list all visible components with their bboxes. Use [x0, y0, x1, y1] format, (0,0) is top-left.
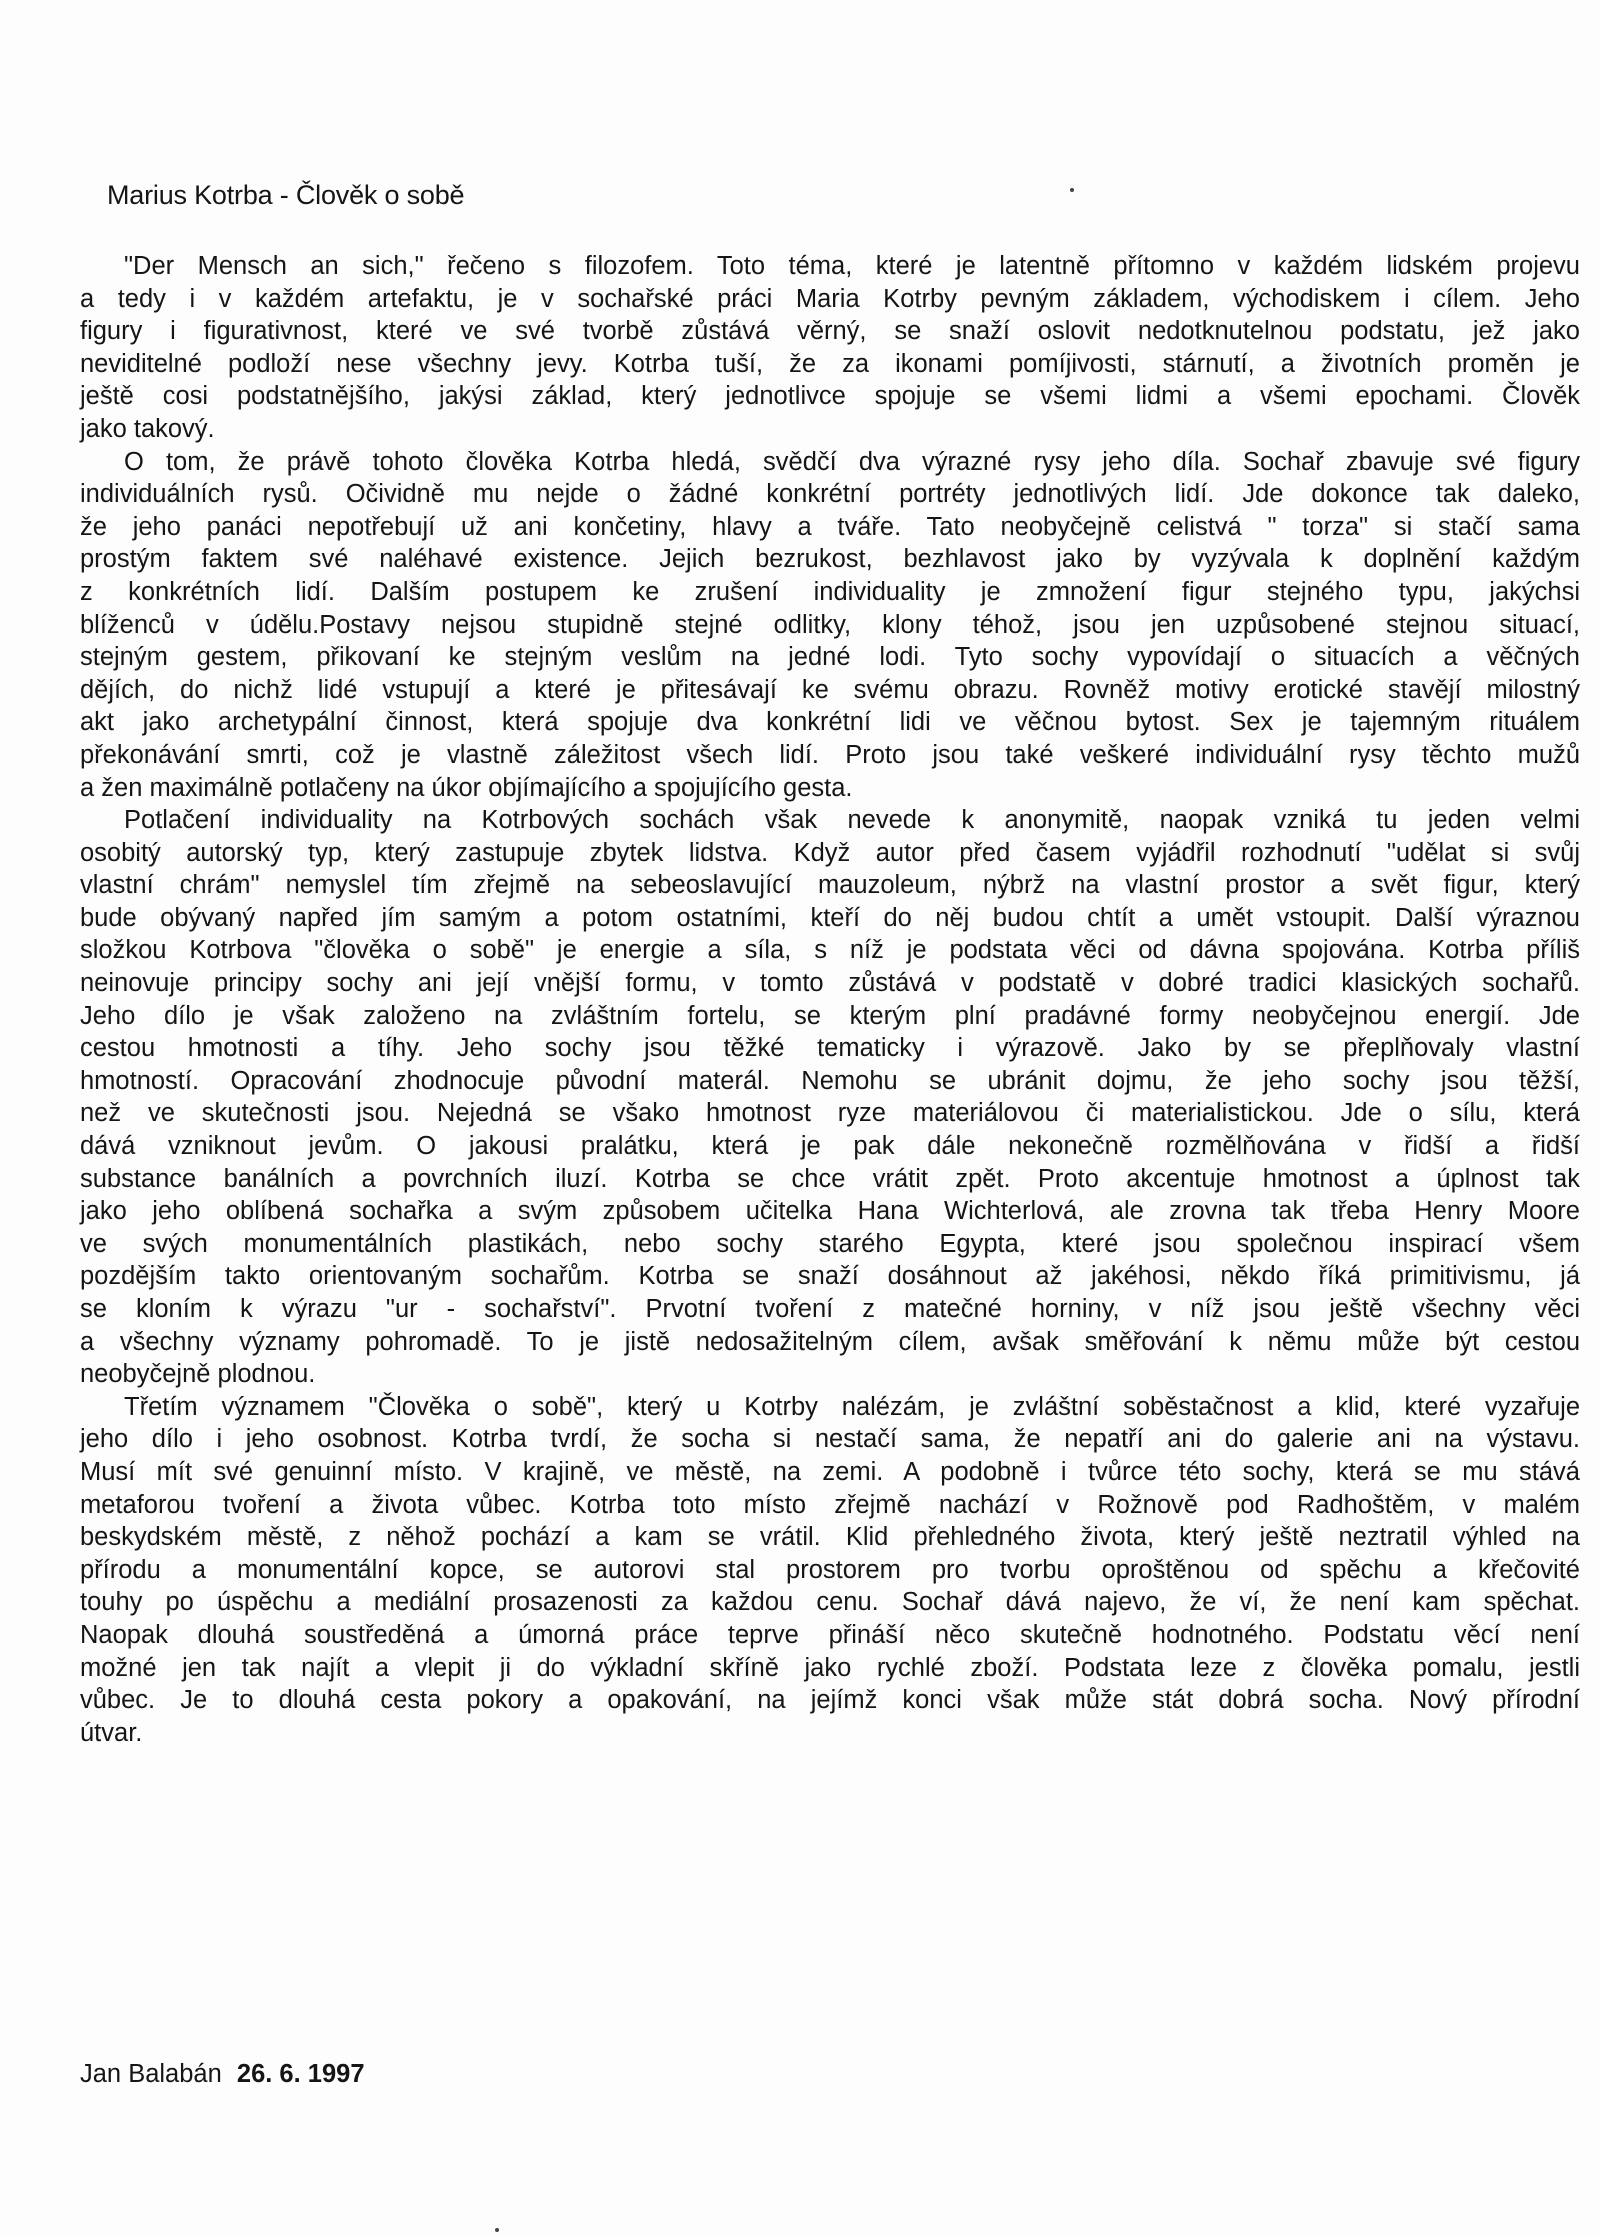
text-line: "Der Mensch an sich," řečeno s filozofem…	[80, 250, 1580, 283]
document-body: "Der Mensch an sich," řečeno s filozofem…	[80, 250, 1580, 1749]
text-line: beskydském městě, z něhož pochází a kam …	[80, 1521, 1580, 1554]
text-line: překonávání smrti, což je vlastně záleži…	[80, 739, 1580, 772]
text-line: cestou hmotnosti a tíhy. Jeho sochy jsou…	[80, 1032, 1580, 1065]
text-line: touhy po úspěchu a mediální prosazenosti…	[80, 1586, 1580, 1619]
text-line: pozdějším takto orientovaným sochařům. K…	[80, 1260, 1580, 1293]
text-line: metaforou tvoření a života vůbec. Kotrba…	[80, 1489, 1580, 1522]
signature-date: 26. 6. 1997	[237, 2060, 365, 2088]
text-line: a žen maximálně potlačeny na úkor objíma…	[80, 772, 1580, 805]
text-line: ještě cosi podstatnějšího, jakýsi základ…	[80, 380, 1580, 413]
signature: Jan Balabán 26. 6. 1997	[80, 2060, 365, 2089]
text-line: neobyčejně plodnou.	[80, 1358, 1580, 1391]
text-line: a tedy i v každém artefaktu, je v sochař…	[80, 283, 1580, 316]
text-line: z konkrétních lidí. Dalším postupem ke z…	[80, 576, 1580, 609]
text-line: přírodu a monumentální kopce, se autorov…	[80, 1554, 1580, 1587]
text-line: že jeho panáci nepotřebují už ani končet…	[80, 511, 1580, 544]
text-line: Potlačení individuality na Kotrbových so…	[80, 804, 1580, 837]
text-line: hmotností. Opracování zhodnocuje původní…	[80, 1065, 1580, 1098]
text-line: dějích, do nichž lidé vstupují a které j…	[80, 674, 1580, 707]
text-line: akt jako archetypální činnost, která spo…	[80, 706, 1580, 739]
text-line: Naopak dlouhá soustředěná a úmorná práce…	[80, 1619, 1580, 1652]
text-line: ve svých monumentálních plastikách, nebo…	[80, 1228, 1580, 1261]
text-line: stejným gestem, přikovaní ke stejným ves…	[80, 641, 1580, 674]
text-line: prostým faktem své naléhavé existence. J…	[80, 543, 1580, 576]
text-line: se kloním k výrazu "ur - sochařství". Pr…	[80, 1293, 1580, 1326]
text-line: figury i figurativnost, které ve své tvo…	[80, 315, 1580, 348]
text-line: osobitý autorský typ, který zastupuje zb…	[80, 837, 1580, 870]
signature-author: Jan Balabán	[80, 2060, 222, 2088]
text-line: Musí mít své genuinní místo. V krajině, …	[80, 1456, 1580, 1489]
text-line: složkou Kotrbova "člověka o sobě" je ene…	[80, 934, 1580, 967]
text-line: jako takový.	[80, 413, 1580, 446]
text-line: neviditelné podloží nese všechny jevy. K…	[80, 348, 1580, 381]
text-line: Jeho dílo je však založeno na zvláštním …	[80, 1000, 1580, 1033]
text-line: blíženců v údělu.Postavy nejsou stupidně…	[80, 609, 1580, 642]
text-line: Třetím významem "Člověka o sobě", který …	[80, 1391, 1580, 1424]
scan-speck	[1070, 188, 1074, 192]
text-line: O tom, že právě tohoto člověka Kotrba hl…	[80, 446, 1580, 479]
text-line: individuálních rysů. Očividně mu nejde o…	[80, 478, 1580, 511]
text-line: substance banálních a povrchních iluzí. …	[80, 1163, 1580, 1196]
document-title: Marius Kotrba - Člověk o sobě	[107, 180, 464, 211]
text-line: jako jeho oblíbená sochařka a svým způso…	[80, 1195, 1580, 1228]
text-line: neinovuje principy sochy ani její vnější…	[80, 967, 1580, 1000]
text-line: dává vzniknout jevům. O jakousi pralátku…	[80, 1130, 1580, 1163]
text-line: bude obývaný napřed jím samým a potom os…	[80, 902, 1580, 935]
text-line: jeho dílo i jeho osobnost. Kotrba tvrdí,…	[80, 1423, 1580, 1456]
text-line: vůbec. Je to dlouhá cesta pokory a opako…	[80, 1684, 1580, 1717]
text-line: vlastní chrám" nemyslel tím zřejmě na se…	[80, 869, 1580, 902]
text-line: a všechny významy pohromadě. To je jistě…	[80, 1326, 1580, 1359]
text-line: útvar.	[80, 1717, 1580, 1750]
scan-speck	[495, 2228, 499, 2232]
text-line: než ve skutečnosti jsou. Nejedná se však…	[80, 1097, 1580, 1130]
text-line: možné jen tak najít a vlepit ji do výkla…	[80, 1652, 1580, 1685]
